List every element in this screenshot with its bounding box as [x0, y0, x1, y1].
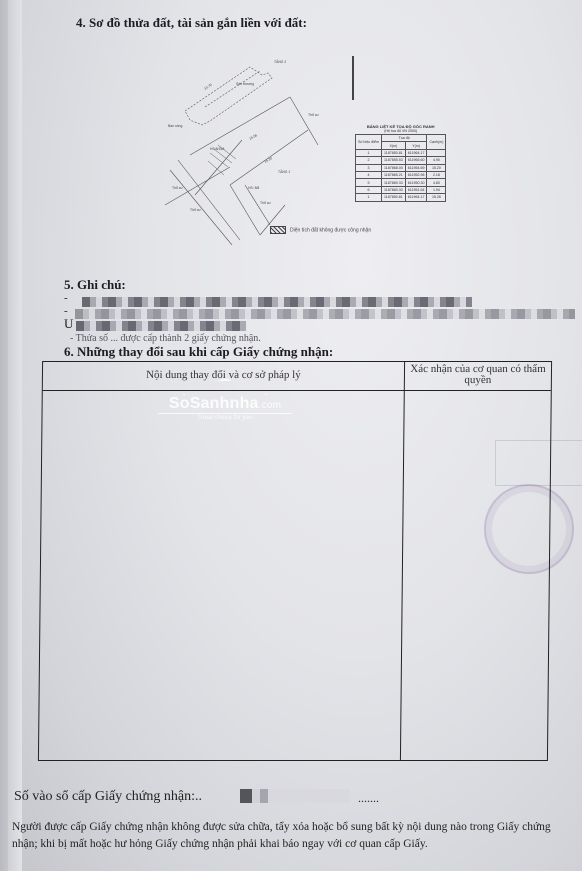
registry-number-label: Số vào sổ cấp Giấy chứng nhận:.. — [14, 789, 202, 805]
coordinate-row: 21187855.53611965.604.90 — [356, 157, 446, 164]
diagram-dim-1: 15.56 — [249, 133, 258, 141]
diagram-label-hs-88: HS: 8/8 — [248, 186, 259, 190]
col-x: X(m) — [381, 142, 405, 149]
col-edge: Cạnh(m) — [427, 135, 446, 150]
col-y: Y(m) — [405, 142, 427, 149]
diagram-label-hs-815a: HS:8/15A — [210, 147, 225, 151]
coord-cell-point: 1 — [356, 194, 382, 201]
coord-cell-edge: 4.80 — [427, 179, 446, 186]
diagram-label-san-thuong: Sân thượng — [236, 82, 254, 86]
note-line-4: - Thửa số ... được cấp thành 2 giấy chứn… — [70, 333, 261, 344]
diagram-label-tho-cu-1: Thổ cư — [308, 113, 319, 117]
col-point: Số hiệu điểm — [356, 135, 382, 150]
coord-cell-edge — [427, 149, 446, 156]
coordinate-row: 11187850.81611964.1715.26 — [356, 194, 446, 201]
redacted-note-3 — [76, 321, 246, 331]
diagram-label-tho-cu-2: Thổ cư — [172, 186, 183, 190]
coord-cell-y: 611950.30 — [405, 179, 427, 186]
coord-cell-y: 611964.17 — [405, 194, 427, 201]
redacted-note-2 — [75, 309, 575, 319]
coord-cell-edge: 4.90 — [427, 157, 446, 164]
section6-heading: 6. Những thay đổi sau khi cấp Giấy chứng… — [64, 344, 333, 360]
coord-cell-y: 611964.17 — [405, 149, 427, 156]
diagram-label-tang1: TẦNG 1 — [278, 170, 290, 174]
coord-cell-point: 5 — [356, 179, 382, 186]
legend-text: Diện tích đất không được công nhận — [290, 227, 371, 233]
coordinate-row: 11187850.81611964.17 — [356, 149, 446, 156]
section4-heading: 4. Sơ đồ thửa đất, tài sản gắn liền với … — [76, 15, 307, 31]
note-line-1: - — [64, 292, 68, 304]
coord-cell-y: 611954.69 — [405, 164, 427, 171]
north-arrow-icon — [352, 56, 354, 100]
diagram-label-tang2: TẦNG 2 — [274, 60, 286, 64]
coord-cell-point: 6 — [356, 186, 382, 193]
coord-cell-edge: 1.94 — [427, 186, 446, 193]
coord-cell-x: 1187869.33 — [381, 179, 405, 186]
diagram-label-tho-cu-4: Thổ cư — [260, 201, 271, 205]
coord-cell-edge: 2.18 — [427, 171, 446, 178]
plot-diagram: TẦNG 2 TẦNG 1 Sân thượng Ban công Thổ cư… — [150, 45, 350, 245]
changes-table: Nội dung thay đổi và cơ sở pháp lý Xác n… — [38, 361, 552, 761]
diagram-label-ban-cong: Ban công — [168, 124, 182, 128]
coord-cell-y: 611965.60 — [405, 157, 427, 164]
changes-col-confirmation: Xác nhận của cơ quan có thẩm quyền — [405, 364, 551, 386]
coord-cell-x: 1187855.53 — [381, 157, 405, 164]
coord-cell-y: 611951.64 — [405, 186, 427, 193]
watermark-suffix: .com — [259, 400, 281, 411]
house-logo-icon — [182, 378, 268, 395]
hatch-pattern-icon — [270, 226, 286, 234]
coord-cell-point: 1 — [356, 149, 382, 156]
column-divider — [400, 362, 405, 760]
coord-cell-x: 1187860.30 — [381, 186, 405, 193]
coordinate-row: 41187865.21611952.962.18 — [356, 171, 446, 178]
coord-cell-point: 4 — [356, 171, 382, 178]
diagram-legend: Diện tích đất không được công nhận — [270, 226, 371, 234]
footer-note: Người được cấp Giấy chứng nhận không đượ… — [12, 819, 572, 853]
note-line-3: U — [64, 316, 73, 332]
coord-cell-x: 1187850.81 — [381, 194, 405, 201]
coord-cell-y: 611952.96 — [405, 171, 427, 178]
diagram-dim-2: 15.20 — [264, 156, 273, 164]
coordinate-table-subtitle: (Hệ tọa độ VN 2000) — [355, 129, 446, 133]
watermark: SoSanhnha.com Great choice for you — [150, 378, 300, 421]
redacted-registry-number — [240, 789, 350, 803]
coord-cell-edge: 15.26 — [427, 194, 446, 201]
coordinate-row: 61187860.30611951.641.94 — [356, 186, 446, 193]
col-group: Tọa độ — [381, 135, 426, 142]
coordinate-table: BẢNG LIỆT KÊ TỌA ĐỘ GÓC RANH (Hệ tọa độ … — [355, 124, 446, 202]
coord-cell-point: 2 — [356, 157, 382, 164]
coord-cell-x: 1187850.81 — [381, 149, 405, 156]
coordinate-row: 31187868.00611954.6915.20 — [356, 164, 446, 171]
registry-dots: ....... — [358, 791, 379, 806]
watermark-name: SoSanhnha — [169, 395, 259, 412]
coord-cell-point: 3 — [356, 164, 382, 171]
coord-cell-edge: 15.20 — [427, 164, 446, 171]
coord-cell-x: 1187868.00 — [381, 164, 405, 171]
diagram-label-tho-cu-3: Thổ cư — [190, 208, 201, 212]
watermark-tagline: Great choice for you — [158, 413, 292, 421]
redacted-note-1 — [82, 297, 472, 307]
section5-heading: 5. Ghi chú: — [64, 277, 126, 293]
coordinate-row: 51187869.33611950.304.80 — [356, 179, 446, 186]
coord-cell-x: 1187865.21 — [381, 171, 405, 178]
diagram-dim-3: 13.70 — [203, 83, 212, 91]
